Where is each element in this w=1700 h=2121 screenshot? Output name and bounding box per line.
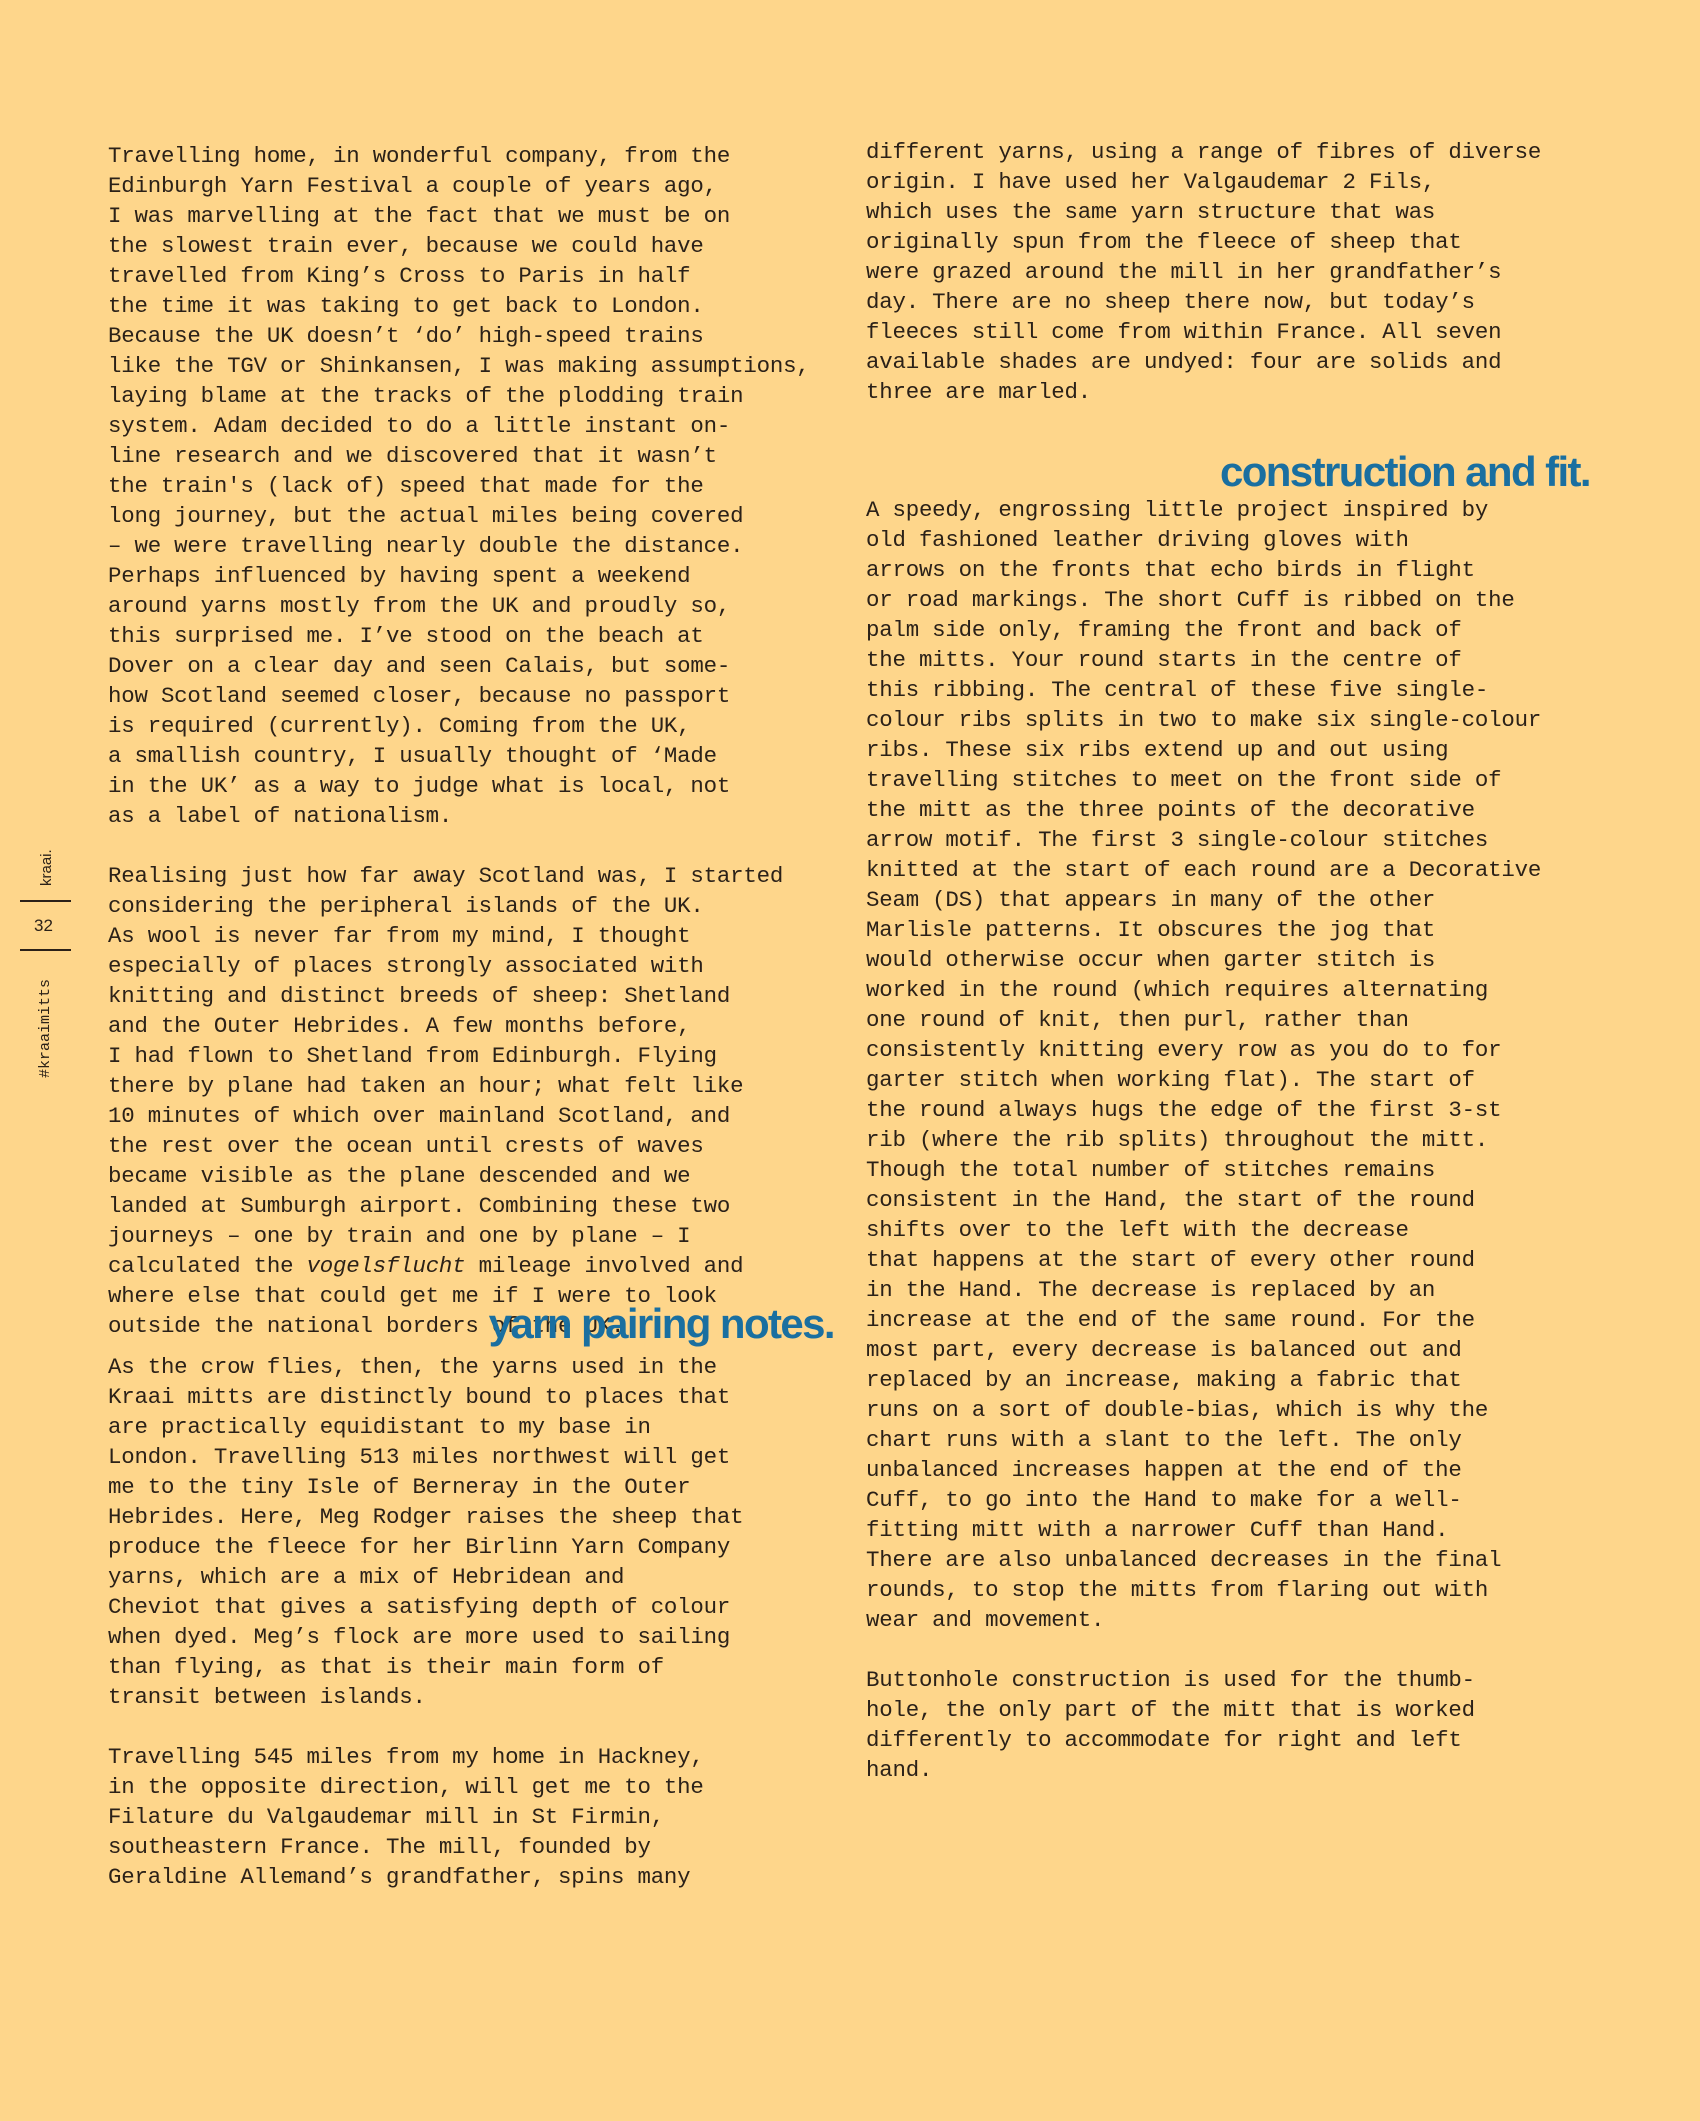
text-line: Filature du Valgaudemar mill in St Firmi… xyxy=(108,1802,848,1832)
text-line: or road markings. The short Cuff is ribb… xyxy=(866,585,1606,615)
text-line: southeastern France. The mill, founded b… xyxy=(108,1832,848,1862)
text-line: most part, every decrease is balanced ou… xyxy=(866,1335,1606,1365)
text-line: Geraldine Allemand’s grandfather, spins … xyxy=(108,1862,848,1892)
text-line: considering the peripheral islands of th… xyxy=(108,891,848,921)
text-line: rib (where the rib splits) throughout th… xyxy=(866,1125,1606,1155)
text-line: became visible as the plane descended an… xyxy=(108,1161,848,1191)
text-line: that happens at the start of every other… xyxy=(866,1245,1606,1275)
italic-term: vogelsflucht xyxy=(307,1253,466,1279)
text-line: wear and movement. xyxy=(866,1605,1606,1635)
text-line: yarns, which are a mix of Hebridean and xyxy=(108,1562,848,1592)
text-line: A speedy, engrossing little project insp… xyxy=(866,495,1606,525)
text-line: As the crow flies, then, the yarns used … xyxy=(108,1352,848,1382)
section-heading-construction: construction and fit. xyxy=(866,450,1590,494)
section-heading-yarn-pairing: yarn pairing notes. xyxy=(108,1302,834,1346)
text-line: three are marled. xyxy=(866,377,1606,407)
text-line: Dover on a clear day and seen Calais, bu… xyxy=(108,651,848,681)
text-line: there by plane had taken an hour; what f… xyxy=(108,1071,848,1101)
left-column: Travelling home, in wonderful company, f… xyxy=(108,141,848,1341)
text-line: hand. xyxy=(866,1755,1606,1785)
text-line: palm side only, framing the front and ba… xyxy=(866,615,1606,645)
text-line: the rest over the ocean until crests of … xyxy=(108,1131,848,1161)
page-folio: kraai. 32 #kraaimitts xyxy=(20,820,70,1100)
text-line: the mitts. Your round starts in the cent… xyxy=(866,645,1606,675)
text-line: produce the fleece for her Birlinn Yarn … xyxy=(108,1532,848,1562)
text-line: line research and we discovered that it … xyxy=(108,441,848,471)
text-line: worked in the round (which requires alte… xyxy=(866,975,1606,1005)
text-line: and the Outer Hebrides. A few months bef… xyxy=(108,1011,848,1041)
text-line: in the opposite direction, will get me t… xyxy=(108,1772,848,1802)
folio-divider xyxy=(20,949,71,951)
text-line: hole, the only part of the mitt that is … xyxy=(866,1695,1606,1725)
text-line: replaced by an increase, making a fabric… xyxy=(866,1365,1606,1395)
text-line: especially of places strongly associated… xyxy=(108,951,848,981)
text-line: Realising just how far away Scotland was… xyxy=(108,861,848,891)
text-line: increase at the end of the same round. F… xyxy=(866,1305,1606,1335)
text-line: transit between islands. xyxy=(108,1682,848,1712)
text-line: around yarns mostly from the UK and prou… xyxy=(108,591,848,621)
text-line: is required (currently). Coming from the… xyxy=(108,711,848,741)
text-line: garter stitch when working flat). The st… xyxy=(866,1065,1606,1095)
text-line: travelling stitches to meet on the front… xyxy=(866,765,1606,795)
text-line: day. There are no sheep there now, but t… xyxy=(866,287,1606,317)
text-line: Travelling 545 miles from my home in Hac… xyxy=(108,1742,848,1772)
text-line: Marlisle patterns. It obscures the jog t… xyxy=(866,915,1606,945)
folio-divider xyxy=(20,900,71,902)
text-line: consistent in the Hand, the start of the… xyxy=(866,1185,1606,1215)
text-line: a smallish country, I usually thought of… xyxy=(108,741,848,771)
text-line: long journey, but the actual miles being… xyxy=(108,501,848,531)
text-line: in the UK’ as a way to judge what is loc… xyxy=(108,771,848,801)
text-line: Cuff, to go into the Hand to make for a … xyxy=(866,1485,1606,1515)
text-line: I was marvelling at the fact that we mus… xyxy=(108,201,848,231)
text-line: than flying, as that is their main form … xyxy=(108,1652,848,1682)
paragraph-intro: Travelling home, in wonderful company, f… xyxy=(108,141,848,831)
text-line: 10 minutes of which over mainland Scotla… xyxy=(108,1101,848,1131)
paragraph-construction: A speedy, engrossing little project insp… xyxy=(866,495,1606,1635)
text-line: unbalanced increases happen at the end o… xyxy=(866,1455,1606,1485)
paragraph-hackney: Travelling 545 miles from my home in Hac… xyxy=(108,1742,848,1892)
text-line: Hebrides. Here, Meg Rodger raises the sh… xyxy=(108,1502,848,1532)
text-line: the mitt as the three points of the deco… xyxy=(866,795,1606,825)
text-line: the slowest train ever, because we could… xyxy=(108,231,848,261)
text-line: different yarns, using a range of fibres… xyxy=(866,137,1606,167)
right-column-lower: A speedy, engrossing little project insp… xyxy=(866,495,1606,1785)
text-line: the round always hugs the edge of the fi… xyxy=(866,1095,1606,1125)
text-line: fitting mitt with a narrower Cuff than H… xyxy=(866,1515,1606,1545)
text-line: when dyed. Meg’s flock are more used to … xyxy=(108,1622,848,1652)
text-line: Travelling home, in wonderful company, f… xyxy=(108,141,848,171)
paragraph-valgaudemar: different yarns, using a range of fibres… xyxy=(866,137,1606,407)
text-line: arrow motif. The first 3 single-colour s… xyxy=(866,825,1606,855)
text-line: would otherwise occur when garter stitch… xyxy=(866,945,1606,975)
text-line: arrows on the fronts that echo birds in … xyxy=(866,555,1606,585)
text-line: rounds, to stop the mitts from flaring o… xyxy=(866,1575,1606,1605)
paragraph-buttonhole: Buttonhole construction is used for the … xyxy=(866,1665,1606,1785)
text-line: were grazed around the mill in her grand… xyxy=(866,257,1606,287)
text-line: one round of knit, then purl, rather tha… xyxy=(866,1005,1606,1035)
text-line: which uses the same yarn structure that … xyxy=(866,197,1606,227)
brand-label: kraai. xyxy=(38,849,55,886)
text-line: knitting and distinct breeds of sheep: S… xyxy=(108,981,848,1011)
text-line: me to the tiny Isle of Berneray in the O… xyxy=(108,1472,848,1502)
text-line: Because the UK doesn’t ‘do’ high-speed t… xyxy=(108,321,848,351)
text-line: origin. I have used her Valgaudemar 2 Fi… xyxy=(866,167,1606,197)
text-line: As wool is never far from my mind, I tho… xyxy=(108,921,848,951)
text-line: differently to accommodate for right and… xyxy=(866,1725,1606,1755)
paragraph-scotland: Realising just how far away Scotland was… xyxy=(108,861,848,1341)
text-line: the time it was taking to get back to Lo… xyxy=(108,291,848,321)
text-line: Buttonhole construction is used for the … xyxy=(866,1665,1606,1695)
text-line: old fashioned leather driving gloves wit… xyxy=(866,525,1606,555)
text-line: journeys – one by train and one by plane… xyxy=(108,1221,848,1251)
text-line: Cheviot that gives a satisfying depth of… xyxy=(108,1592,848,1622)
text-line: laying blame at the tracks of the ploddi… xyxy=(108,381,848,411)
text-line: available shades are undyed: four are so… xyxy=(866,347,1606,377)
text-line: are practically equidistant to my base i… xyxy=(108,1412,848,1442)
hashtag-label: #kraaimitts xyxy=(37,979,54,1078)
text-line: Seam (DS) that appears in many of the ot… xyxy=(866,885,1606,915)
text-line: shifts over to the left with the decreas… xyxy=(866,1215,1606,1245)
page-number: 32 xyxy=(34,916,53,936)
text-line: I had flown to Shetland from Edinburgh. … xyxy=(108,1041,848,1071)
text-line: how Scotland seemed closer, because no p… xyxy=(108,681,848,711)
text-line: knitted at the start of each round are a… xyxy=(866,855,1606,885)
text-line: colour ribs splits in two to make six si… xyxy=(866,705,1606,735)
text-line: ribs. These six ribs extend up and out u… xyxy=(866,735,1606,765)
text-line: Edinburgh Yarn Festival a couple of year… xyxy=(108,171,848,201)
text-line: calculated the vogelsflucht mileage invo… xyxy=(108,1251,848,1281)
text-line: this ribbing. The central of these five … xyxy=(866,675,1606,705)
text-line: system. Adam decided to do a little inst… xyxy=(108,411,848,441)
text-line: as a label of nationalism. xyxy=(108,801,848,831)
text-line: Kraai mitts are distinctly bound to plac… xyxy=(108,1382,848,1412)
text-line: in the Hand. The decrease is replaced by… xyxy=(866,1275,1606,1305)
text-line: – we were travelling nearly double the d… xyxy=(108,531,848,561)
text-line: originally spun from the fleece of sheep… xyxy=(866,227,1606,257)
text-line: consistently knitting every row as you d… xyxy=(866,1035,1606,1065)
text-line: Though the total number of stitches rema… xyxy=(866,1155,1606,1185)
text-line: There are also unbalanced decreases in t… xyxy=(866,1545,1606,1575)
text-line: landed at Sumburgh airport. Combining th… xyxy=(108,1191,848,1221)
text-line: fleeces still come from within France. A… xyxy=(866,317,1606,347)
text-line: this surprised me. I’ve stood on the bea… xyxy=(108,621,848,651)
text-line: runs on a sort of double-bias, which is … xyxy=(866,1395,1606,1425)
text-line: Perhaps influenced by having spent a wee… xyxy=(108,561,848,591)
text-line: the train's (lack of) speed that made fo… xyxy=(108,471,848,501)
text-line: London. Travelling 513 miles northwest w… xyxy=(108,1442,848,1472)
right-column: different yarns, using a range of fibres… xyxy=(866,137,1606,407)
left-column-lower: As the crow flies, then, the yarns used … xyxy=(108,1352,848,1892)
paragraph-crow-flies: As the crow flies, then, the yarns used … xyxy=(108,1352,848,1712)
text-line: like the TGV or Shinkansen, I was making… xyxy=(108,351,848,381)
text-line: travelled from King’s Cross to Paris in … xyxy=(108,261,848,291)
text-line: chart runs with a slant to the left. The… xyxy=(866,1425,1606,1455)
